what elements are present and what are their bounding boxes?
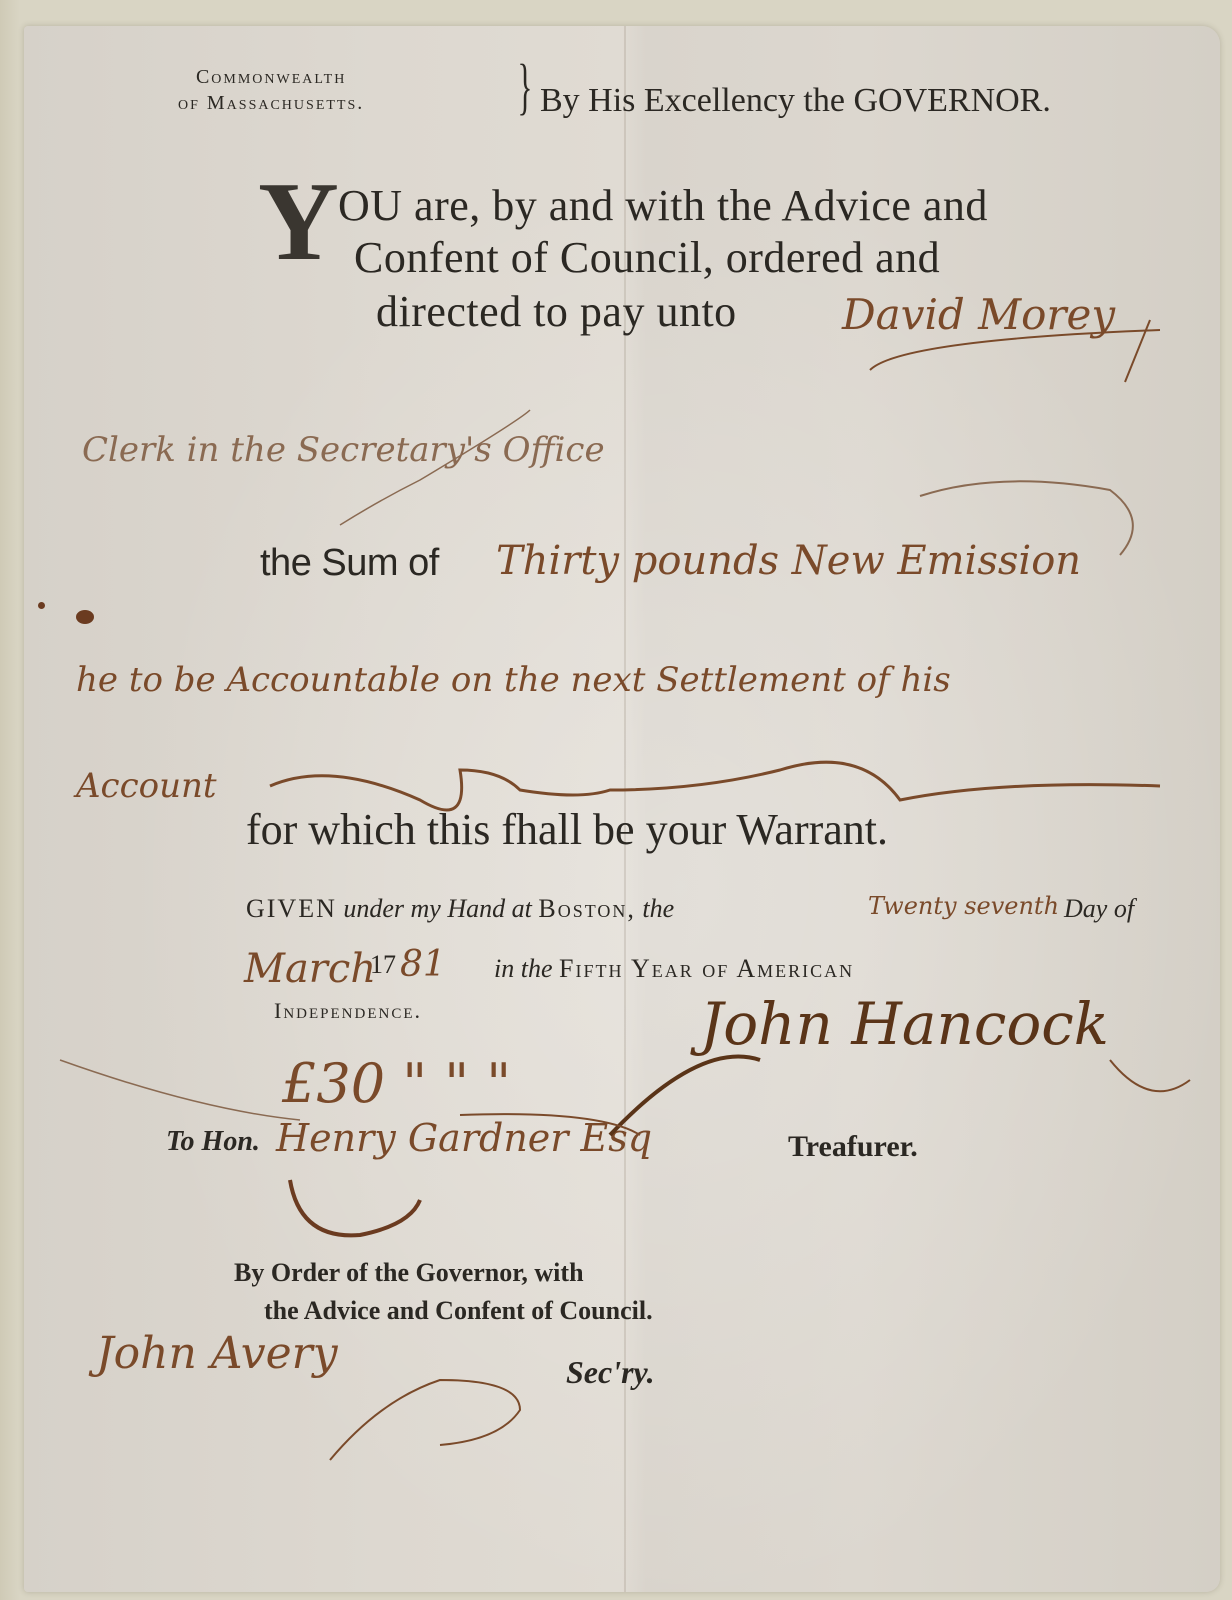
treasurer-name: Henry Gardner Esq	[276, 1116, 652, 1160]
jurisdiction-line-1: Commonwealth	[178, 64, 364, 90]
ink-blot	[76, 610, 94, 624]
jurisdiction-line-2: of Massachusetts.	[178, 90, 364, 116]
independence-label: Independence.	[274, 998, 422, 1024]
place-name: Boston,	[538, 894, 636, 923]
authority-heading: By His Excellency the GOVERNOR.	[540, 82, 1051, 120]
given-italic: under my Hand at	[343, 894, 531, 923]
condition-line-1: he to be Accountable on the next Settlem…	[76, 660, 951, 700]
condition-line-2: Account	[76, 766, 217, 806]
payee-title: Clerk in the Secretary's Office	[82, 430, 605, 470]
regnal-year: in the Fifth Year of American	[494, 954, 854, 984]
secretary-title: Sec'ry.	[566, 1354, 655, 1391]
given-the: the	[642, 894, 674, 923]
payee-name: David Morey	[842, 290, 1115, 339]
governor-signature: John Hancock	[700, 990, 1109, 1058]
month-handwritten: March	[244, 946, 376, 992]
attestation-line-2: the Advice and Confent of Council.	[264, 1296, 653, 1326]
amount-figure: £30 " " "	[282, 1052, 511, 1115]
sum-label: the Sum of	[260, 542, 439, 585]
year-printed-prefix: 17	[370, 950, 396, 980]
order-line-3: directed to pay unto	[376, 286, 737, 337]
ink-speck	[38, 602, 45, 609]
day-of-label: Day of	[1064, 894, 1134, 924]
drop-cap: Y	[258, 172, 339, 272]
order-line-1: OU are, by and with the Advice and	[338, 180, 988, 231]
attestation-line-1: By Order of the Governor, with	[234, 1258, 584, 1288]
jurisdiction-heading: Commonwealth of Massachusetts.	[178, 64, 364, 116]
given-caps: GIVEN	[246, 894, 337, 923]
given-line: GIVEN under my Hand at Boston, the	[246, 894, 674, 924]
regnal-italic: in the	[494, 954, 553, 983]
regnal-caps: Fifth Year of American	[559, 954, 854, 983]
brace-glyph: }	[517, 52, 532, 123]
addressee-prefix: To Hon.	[166, 1126, 260, 1158]
order-line-2: Confent of Council, ordered and	[354, 232, 940, 283]
sum-amount-words: Thirty pounds New Emission	[496, 538, 1081, 584]
day-handwritten: Twenty seventh	[868, 892, 1059, 920]
secretary-signature: John Avery	[96, 1328, 338, 1379]
year-handwritten-suffix: 81	[400, 944, 446, 985]
treasurer-title: Treafurer.	[788, 1130, 918, 1164]
warrant-line: for which this fhall be your Warrant.	[246, 804, 888, 855]
